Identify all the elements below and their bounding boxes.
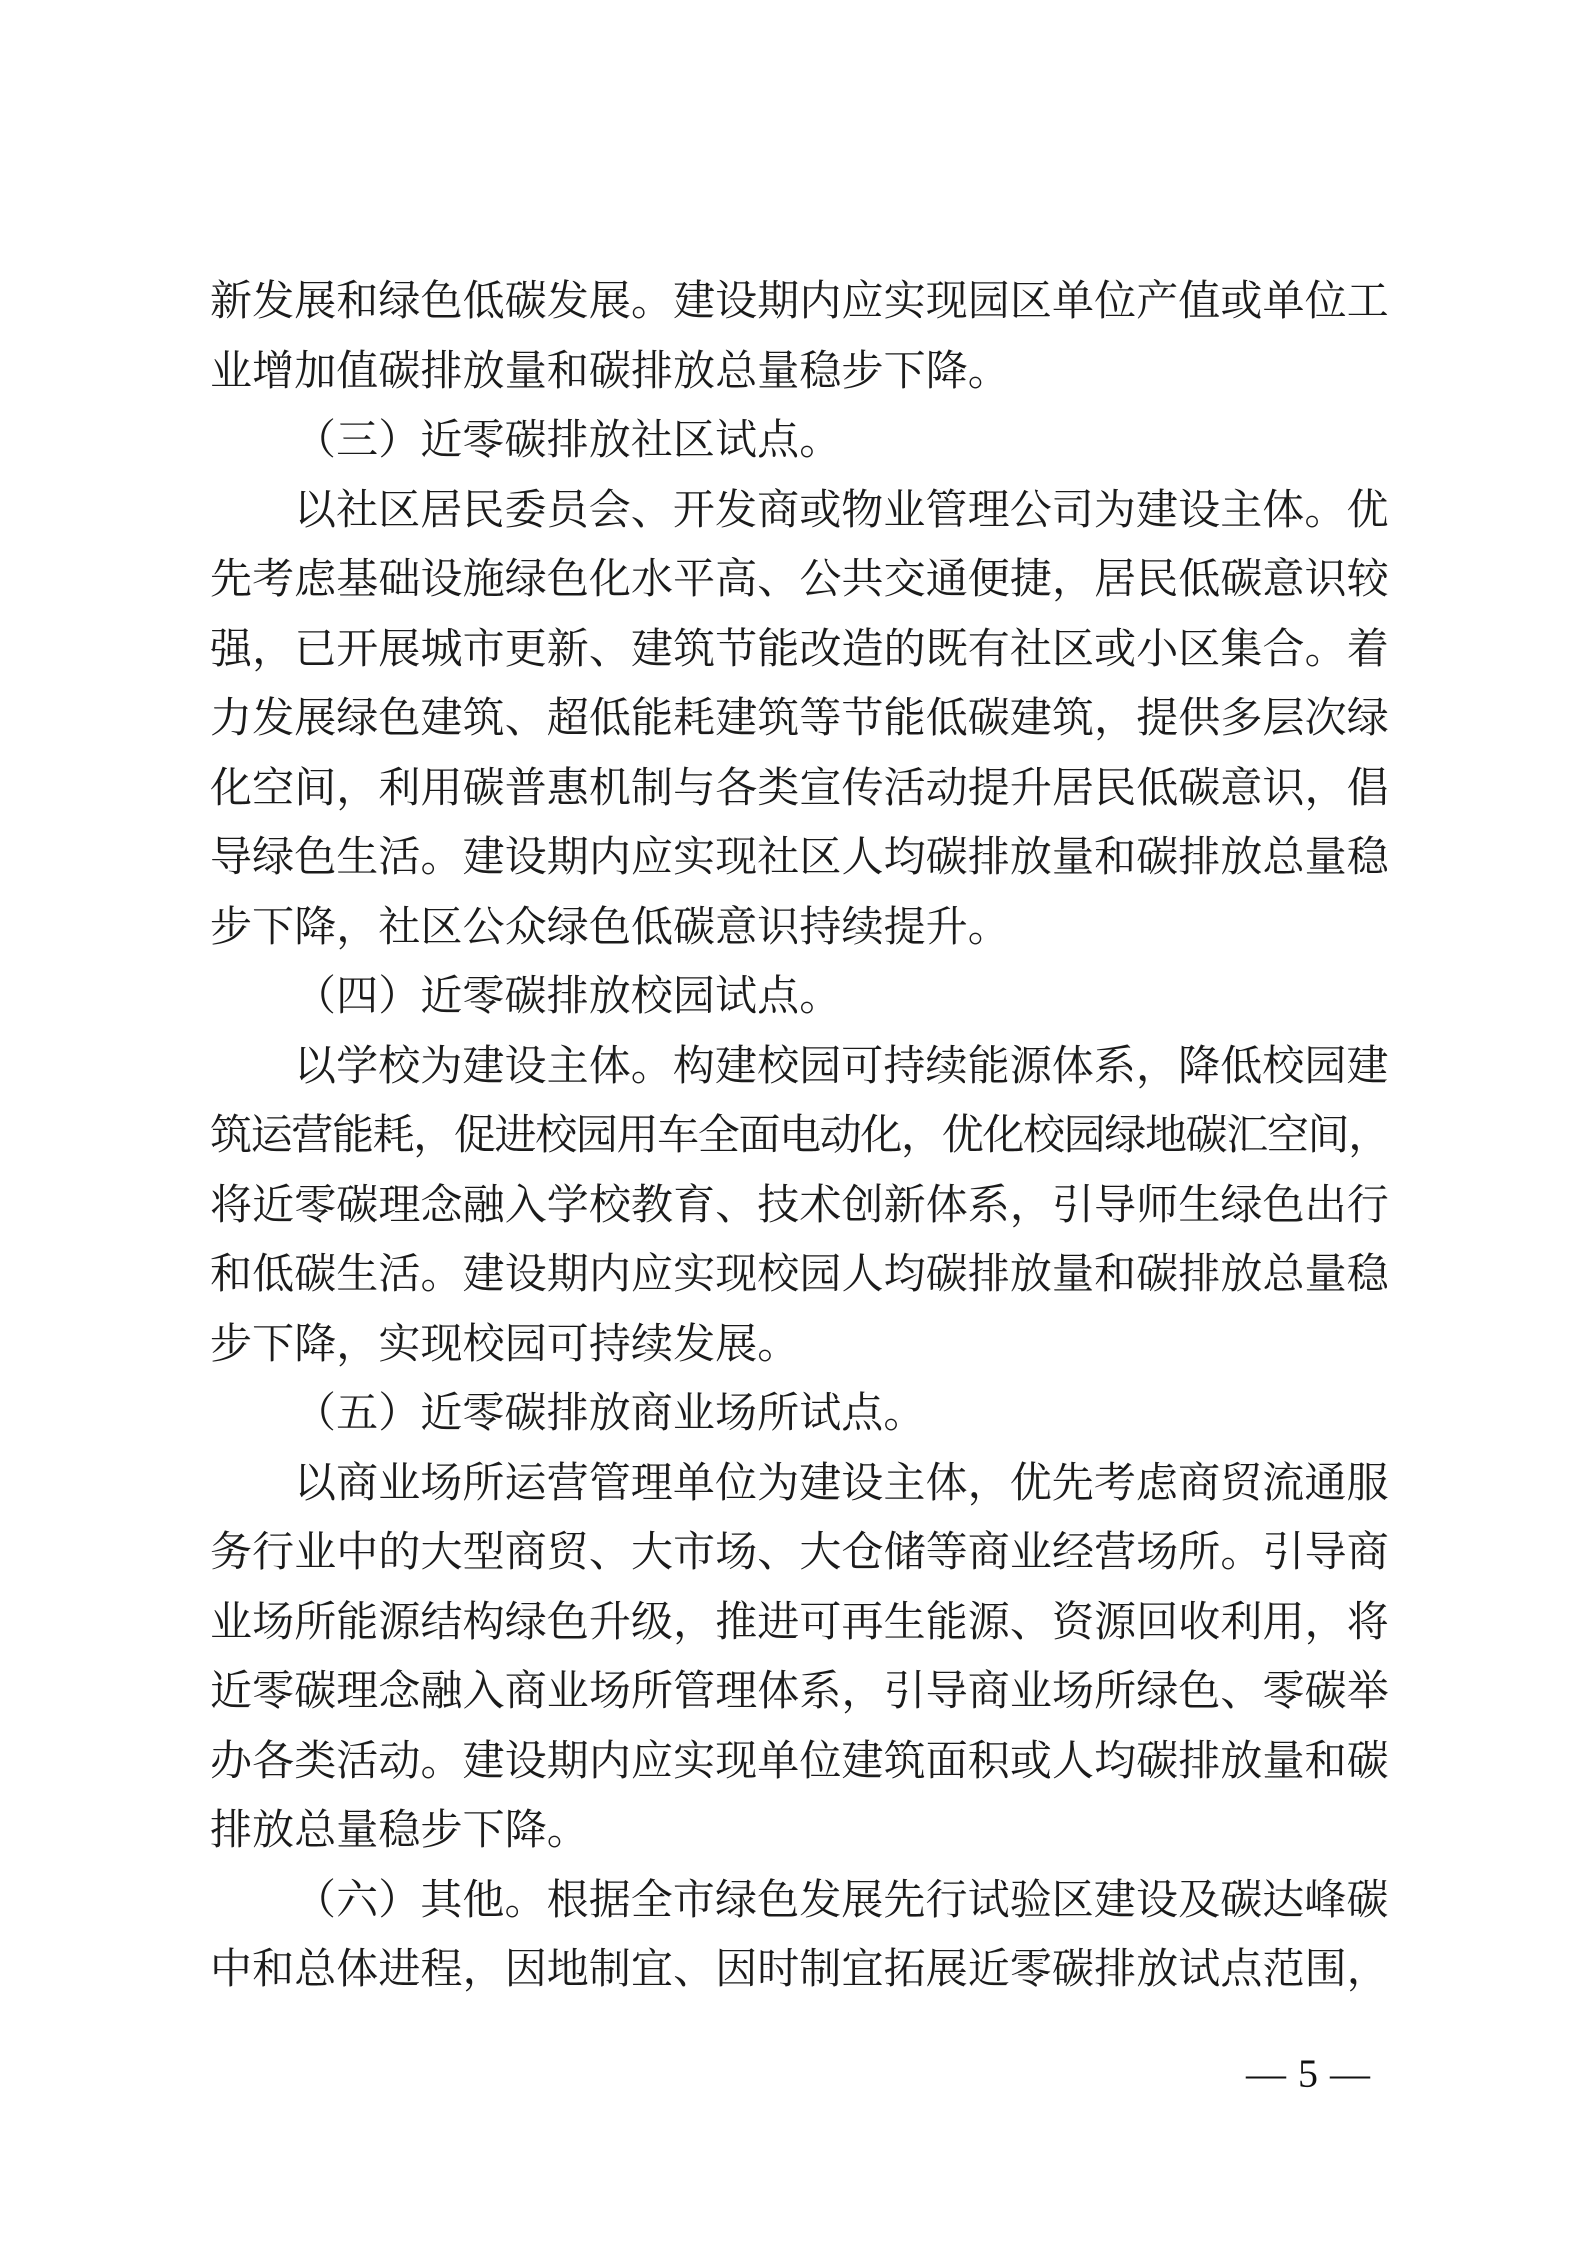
- document-body: 新发展和绿色低碳发展。建设期内应实现园区单位产值或单位工业增加值碳排放量和碳排放…: [210, 268, 1390, 2006]
- paragraph: 新发展和绿色低碳发展。建设期内应实现园区单位产值或单位工业增加值碳排放量和碳排放…: [210, 268, 1390, 407]
- text-line: 务行业中的大型商贸、大市场、大仓储等商业经营场所。引导商: [210, 1519, 1390, 1589]
- text-line: 新发展和绿色低碳发展。建设期内应实现园区单位产值或单位工: [210, 268, 1390, 338]
- text-line: （四）近零碳排放校园试点。: [210, 963, 1390, 1033]
- text-line: 导绿色生活。建设期内应实现社区人均碳排放量和碳排放总量稳: [210, 824, 1390, 894]
- text-line: （三）近零碳排放社区试点。: [210, 407, 1390, 477]
- paragraph: 以商业场所运营管理单位为建设主体，优先考虑商贸流通服务行业中的大型商贸、大市场、…: [210, 1450, 1390, 1867]
- text-line: 将近零碳理念融入学校教育、技术创新体系，引导师生绿色出行: [210, 1172, 1390, 1242]
- paragraph: （四）近零碳排放校园试点。: [210, 963, 1390, 1033]
- text-line: 中和总体进程，因地制宜、因时制宜拓展近零碳排放试点范围，: [210, 1936, 1390, 2006]
- text-line: 筑运营能耗，促进校园用车全面电动化，优化校园绿地碳汇空间，: [210, 1102, 1390, 1172]
- text-line: 近零碳理念融入商业场所管理体系，引导商业场所绿色、零碳举: [210, 1658, 1390, 1728]
- paragraph: 以社区居民委员会、开发商或物业管理公司为建设主体。优先考虑基础设施绿色化水平高、…: [210, 477, 1390, 964]
- text-line: 步下降，实现校园可持续发展。: [210, 1311, 1390, 1381]
- text-line: 以社区居民委员会、开发商或物业管理公司为建设主体。优: [210, 477, 1390, 547]
- document-page: 新发展和绿色低碳发展。建设期内应实现园区单位产值或单位工业增加值碳排放量和碳排放…: [0, 0, 1589, 2245]
- page-number: — 5 —: [1246, 2052, 1371, 2096]
- text-line: 办各类活动。建设期内应实现单位建筑面积或人均碳排放量和碳: [210, 1728, 1390, 1798]
- text-line: 化空间，利用碳普惠机制与各类宣传活动提升居民低碳意识，倡: [210, 755, 1390, 825]
- text-line: （五）近零碳排放商业场所试点。: [210, 1380, 1390, 1450]
- paragraph: （六）其他。根据全市绿色发展先行试验区建设及碳达峰碳中和总体进程，因地制宜、因时…: [210, 1867, 1390, 2006]
- text-line: 和低碳生活。建设期内应实现校园人均碳排放量和碳排放总量稳: [210, 1241, 1390, 1311]
- text-line: 排放总量稳步下降。: [210, 1797, 1390, 1867]
- text-line: 步下降，社区公众绿色低碳意识持续提升。: [210, 894, 1390, 964]
- text-line: 以学校为建设主体。构建校园可持续能源体系，降低校园建: [210, 1033, 1390, 1103]
- paragraph: （五）近零碳排放商业场所试点。: [210, 1380, 1390, 1450]
- text-line: （六）其他。根据全市绿色发展先行试验区建设及碳达峰碳: [210, 1867, 1390, 1937]
- text-line: 强，已开展城市更新、建筑节能改造的既有社区或小区集合。着: [210, 616, 1390, 686]
- paragraph: 以学校为建设主体。构建校园可持续能源体系，降低校园建筑运营能耗，促进校园用车全面…: [210, 1033, 1390, 1381]
- paragraph: （三）近零碳排放社区试点。: [210, 407, 1390, 477]
- text-line: 以商业场所运营管理单位为建设主体，优先考虑商贸流通服: [210, 1450, 1390, 1520]
- text-line: 力发展绿色建筑、超低能耗建筑等节能低碳建筑，提供多层次绿: [210, 685, 1390, 755]
- text-line: 先考虑基础设施绿色化水平高、公共交通便捷，居民低碳意识较: [210, 546, 1390, 616]
- text-line: 业场所能源结构绿色升级，推进可再生能源、资源回收利用，将: [210, 1589, 1390, 1659]
- text-line: 业增加值碳排放量和碳排放总量稳步下降。: [210, 338, 1390, 408]
